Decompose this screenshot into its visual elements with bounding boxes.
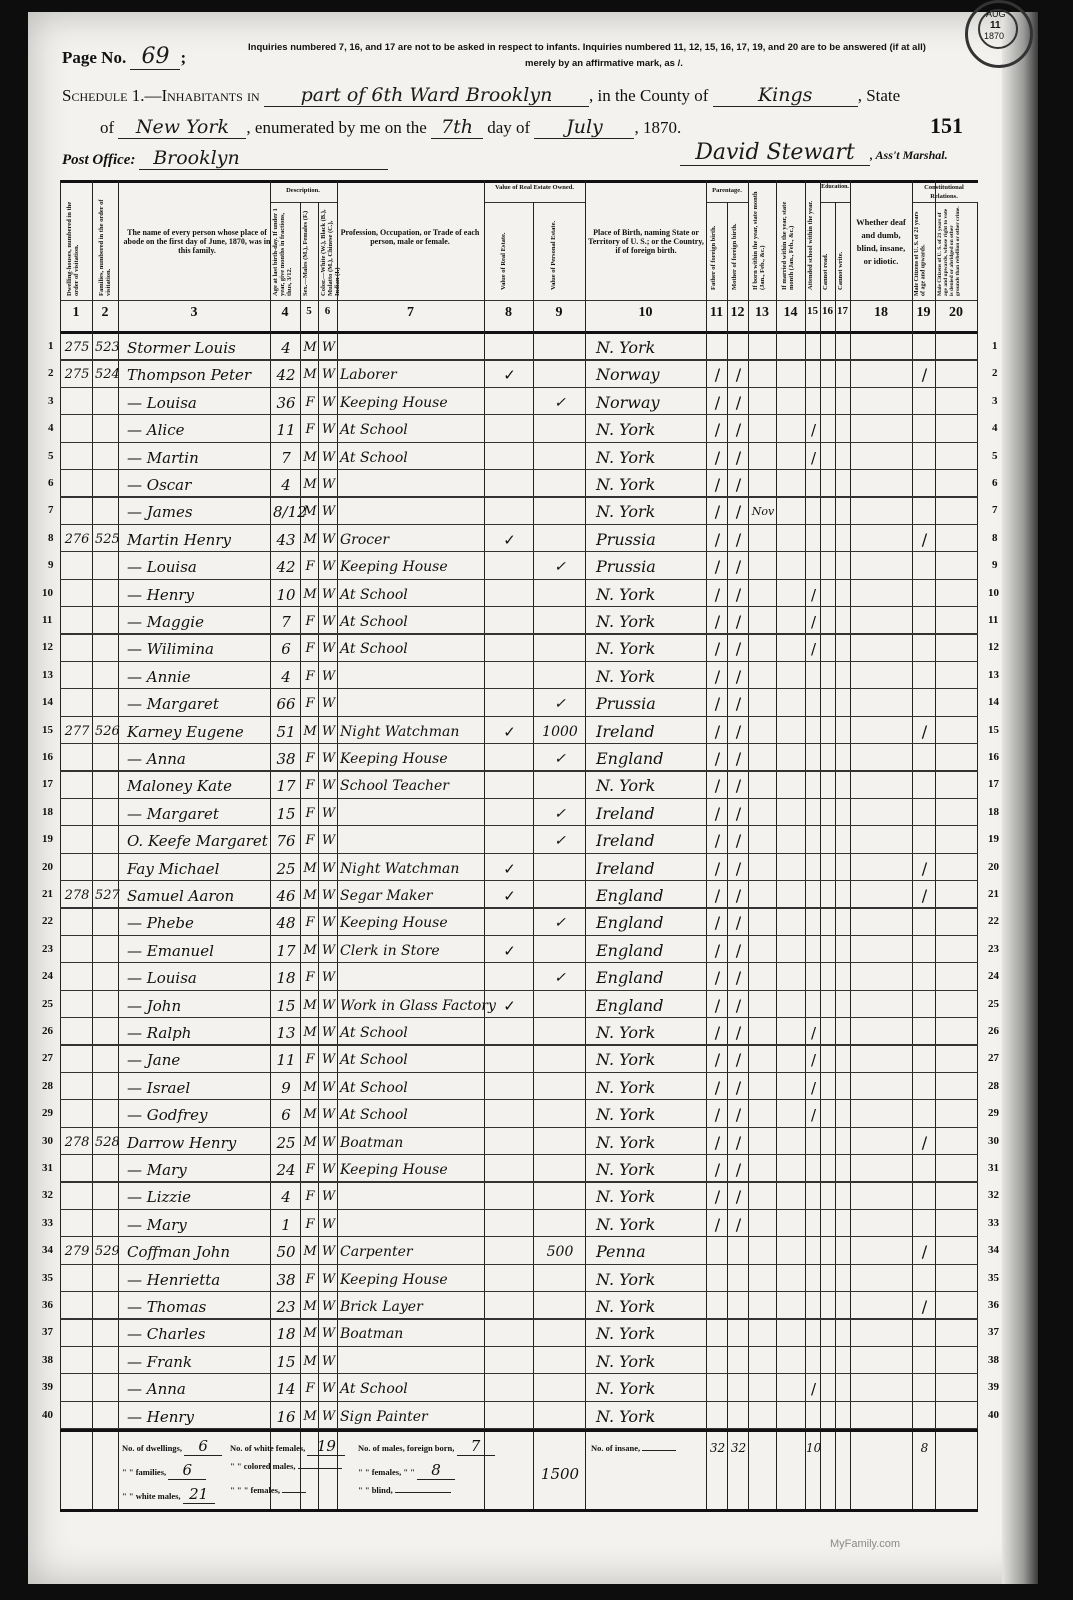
sex: F — [303, 744, 317, 771]
mother-foreign-mark — [730, 1292, 747, 1319]
color: W — [321, 991, 336, 1018]
color: W — [321, 936, 336, 963]
column-number: 8 — [484, 305, 533, 321]
totals-value: 6 — [184, 1437, 222, 1456]
birthplace: N. York — [588, 1292, 713, 1319]
color: W — [321, 908, 336, 935]
occupation: Boatman — [340, 1319, 483, 1346]
table-row: — Jane11FWAt SchoolN. York/// — [60, 1045, 978, 1072]
personal-estate-value: ✓ — [536, 963, 584, 990]
father-foreign-mark: / — [709, 826, 726, 853]
personal-estate-value — [536, 443, 584, 470]
personal-estate-total: 1500 — [537, 1465, 583, 1483]
born-within-year-month — [751, 881, 775, 908]
attended-school-mark — [808, 333, 819, 360]
real-estate-value — [487, 552, 532, 579]
sex: F — [303, 826, 317, 853]
sex: M — [303, 1100, 317, 1127]
mother-foreign-mark: / — [730, 415, 747, 442]
dwelling-number — [63, 854, 91, 881]
dwelling-number — [63, 607, 91, 634]
line-number-right: 1 — [992, 340, 998, 352]
color: W — [321, 607, 336, 634]
father-foreign-mark: / — [709, 963, 726, 990]
family-number — [95, 1182, 117, 1209]
person-name: — Phebe — [121, 908, 275, 935]
dwelling-number — [63, 963, 91, 990]
line-number-left: 25 — [42, 998, 53, 1010]
sex: F — [303, 634, 317, 661]
personal-estate-value — [536, 607, 584, 634]
color: W — [321, 634, 336, 661]
personal-estate-value: ✓ — [536, 388, 584, 415]
line-number-left: 8 — [48, 532, 54, 544]
attended-school-mark — [808, 1265, 819, 1292]
born-within-year-month — [751, 1155, 775, 1182]
family-number — [95, 1018, 117, 1045]
real-estate-value: ✓ — [487, 936, 532, 963]
age: 18 — [273, 1319, 299, 1346]
person-name: — Charles — [121, 1319, 275, 1346]
group-underline — [270, 202, 337, 203]
born-within-year-month — [751, 1374, 775, 1401]
sex: F — [303, 799, 317, 826]
male-citizen-mark — [915, 689, 934, 716]
mother-foreign-mark — [730, 1347, 747, 1374]
line-number-left: 11 — [42, 614, 52, 626]
line-number-right: 29 — [988, 1107, 999, 1119]
year-label: , 1870. — [634, 118, 681, 137]
sex: M — [303, 333, 317, 360]
occupation: Grocer — [340, 525, 483, 552]
born-within-year-month — [751, 799, 775, 826]
column-total: 32 — [707, 1433, 728, 1460]
line-number-left: 1 — [48, 340, 54, 352]
line-number-right: 15 — [988, 724, 999, 736]
line-number-left: 14 — [42, 696, 53, 708]
marshal-line: David Stewart, Ass't Marshal. — [680, 140, 948, 166]
mother-foreign-mark: / — [730, 497, 747, 524]
color: W — [321, 826, 336, 853]
column-number: 2 — [92, 305, 118, 321]
father-foreign-mark: / — [709, 1100, 726, 1127]
personal-estate-total-value: 1500 — [537, 1465, 583, 1483]
family-number — [95, 689, 117, 716]
dwelling-number — [63, 1265, 91, 1292]
mother-foreign-mark: / — [730, 607, 747, 634]
column-number: 16 — [820, 305, 835, 317]
column-number: 1 — [60, 305, 92, 321]
birthplace: Prussia — [588, 689, 713, 716]
age: 36 — [273, 388, 299, 415]
birthplace: N. York — [588, 415, 713, 442]
table-row: — Henry16MWSign PainterN. York — [60, 1402, 978, 1429]
attended-school-mark: / — [808, 580, 819, 607]
real-estate-value — [487, 1292, 532, 1319]
line-number-right: 23 — [988, 943, 999, 955]
birthplace: Ireland — [588, 799, 713, 826]
color: W — [321, 497, 336, 524]
age: 11 — [273, 1045, 299, 1072]
mother-foreign-mark — [730, 333, 747, 360]
birthplace: N. York — [588, 634, 713, 661]
line-number-left: 19 — [42, 833, 53, 845]
male-citizen-mark — [915, 662, 934, 689]
age: 16 — [273, 1402, 299, 1429]
birthplace: Prussia — [588, 552, 713, 579]
dwelling-number — [63, 799, 91, 826]
male-citizen-mark — [915, 443, 934, 470]
post-office-line: Post Office: Brooklyn — [62, 147, 388, 170]
table-row: — Mary24FWKeeping HouseN. York// — [60, 1155, 978, 1182]
family-number — [95, 1155, 117, 1182]
father-foreign-mark: / — [709, 580, 726, 607]
family-number — [95, 580, 117, 607]
line-number-right: 7 — [992, 504, 998, 516]
male-citizen-mark — [915, 388, 934, 415]
birthplace: N. York — [588, 1045, 713, 1072]
line-number-left: 29 — [42, 1107, 53, 1119]
table-row: 275524Thompson Peter42MWLaborer✓Norway//… — [60, 360, 978, 387]
occupation — [340, 963, 483, 990]
sex: M — [303, 1128, 317, 1155]
attended-school-mark — [808, 662, 819, 689]
family-number — [95, 744, 117, 771]
male-citizen-mark: / — [915, 881, 934, 908]
column-number: 11 — [706, 305, 727, 321]
color: W — [321, 525, 336, 552]
line-number-left: 5 — [48, 450, 54, 462]
real-estate-value — [487, 333, 532, 360]
sex: M — [303, 991, 317, 1018]
col7-header: Profession, Occupation, or Trade of each… — [340, 228, 480, 246]
column-total: 10 — [806, 1433, 821, 1460]
born-within-year-month — [751, 1319, 775, 1346]
family-number — [95, 552, 117, 579]
attended-school-mark — [808, 991, 819, 1018]
mother-foreign-mark: / — [730, 1073, 747, 1100]
dwelling-number — [63, 1182, 91, 1209]
personal-estate-value — [536, 936, 584, 963]
mother-foreign-mark: / — [730, 1128, 747, 1155]
real-estate-value — [487, 1237, 532, 1264]
line-number-right: 8 — [992, 532, 998, 544]
age: 4 — [273, 1182, 299, 1209]
table-row: Fay Michael25MWNight Watchman✓Ireland/// — [60, 854, 978, 881]
attended-school-mark: / — [808, 607, 819, 634]
birthplace: N. York — [588, 470, 713, 497]
personal-estate-value — [536, 470, 584, 497]
color: W — [321, 1045, 336, 1072]
real-estate-value — [487, 744, 532, 771]
table-row: — Maggie7FWAt SchoolN. York/// — [60, 607, 978, 634]
real-estate-value — [487, 1347, 532, 1374]
family-number — [95, 1402, 117, 1429]
totals-label: No. of males, foreign born, — [358, 1443, 454, 1453]
male-citizen-mark — [915, 771, 934, 798]
totals-label: No. of dwellings, — [122, 1443, 182, 1453]
father-foreign-mark: / — [709, 388, 726, 415]
line-number-left: 6 — [48, 477, 54, 489]
birthplace: N. York — [588, 1265, 713, 1292]
occupation: At School — [340, 607, 483, 634]
sex: F — [303, 388, 317, 415]
color: W — [321, 443, 336, 470]
person-name: — Louisa — [121, 552, 275, 579]
person-name: — Mary — [121, 1210, 275, 1237]
dwelling-number — [63, 744, 91, 771]
mother-foreign-mark: / — [730, 771, 747, 798]
line-number-left: 3 — [48, 395, 54, 407]
mother-foreign-mark: / — [730, 580, 747, 607]
line-number-left: 18 — [42, 806, 53, 818]
sex: M — [303, 1237, 317, 1264]
totals-value: 6 — [168, 1461, 206, 1480]
male-citizen-mark — [915, 1045, 934, 1072]
dwelling-number: 278 — [63, 1128, 91, 1155]
line-number-left: 36 — [42, 1299, 53, 1311]
personal-estate-value — [536, 1347, 584, 1374]
real-estate-value — [487, 1128, 532, 1155]
family-number: 528 — [95, 1128, 117, 1155]
inquiry-note-2: merely by an affirmative mark, as /. — [525, 58, 683, 69]
sex: M — [303, 1319, 317, 1346]
line-number-right: 5 — [992, 450, 998, 462]
person-name: — Annie — [121, 662, 275, 689]
birthplace: England — [588, 963, 713, 990]
born-within-year-month — [751, 1073, 775, 1100]
male-citizen-mark — [915, 607, 934, 634]
age: 51 — [273, 717, 299, 744]
line-number-right: 36 — [988, 1299, 999, 1311]
attended-school-mark — [808, 1319, 819, 1346]
dwelling-number — [63, 662, 91, 689]
male-citizen-mark — [915, 991, 934, 1018]
line-number-left: 39 — [42, 1381, 53, 1393]
father-foreign-mark: / — [709, 470, 726, 497]
personal-estate-value — [536, 1265, 584, 1292]
father-foreign-mark: / — [709, 936, 726, 963]
age: 23 — [273, 1292, 299, 1319]
family-number — [95, 388, 117, 415]
person-name: — Ralph — [121, 1018, 275, 1045]
male-citizen-mark — [915, 963, 934, 990]
father-foreign-mark: / — [709, 881, 726, 908]
father-foreign-mark: / — [709, 991, 726, 1018]
born-within-year-month — [751, 1128, 775, 1155]
personal-estate-value — [536, 634, 584, 661]
line-number-right: 24 — [988, 970, 999, 982]
col17-header: Cannot write. — [837, 220, 847, 290]
family-number: 527 — [95, 881, 117, 908]
male-citizen-mark — [915, 1319, 934, 1346]
totals-item: No. of dwellings, 6 — [122, 1437, 222, 1456]
attended-school-mark: / — [808, 1045, 819, 1072]
table-row: — Henrietta38FWKeeping HouseN. York — [60, 1265, 978, 1292]
personal-estate-value — [536, 360, 584, 387]
inhabitants-location: part of 6th Ward Brooklyn — [264, 84, 589, 107]
person-name: — Lizzie — [121, 1182, 275, 1209]
person-name: Fay Michael — [121, 854, 275, 881]
table-row: — Israel9MWAt SchoolN. York/// — [60, 1073, 978, 1100]
dwelling-number — [63, 1100, 91, 1127]
column-total: 32 — [728, 1433, 749, 1460]
line-number-left: 33 — [42, 1217, 53, 1229]
line-number-left: 30 — [42, 1135, 53, 1147]
born-within-year-month — [751, 607, 775, 634]
real-estate-value — [487, 771, 532, 798]
totals-item: No. of males, foreign born, 7 — [358, 1437, 495, 1456]
col11-header: Father of foreign birth. — [710, 210, 724, 290]
color: W — [321, 963, 336, 990]
family-number — [95, 1210, 117, 1237]
line-number-left: 23 — [42, 943, 53, 955]
birthplace: Norway — [588, 388, 713, 415]
line-number-right: 14 — [988, 696, 999, 708]
real-estate-value — [487, 580, 532, 607]
occupation — [340, 1210, 483, 1237]
age: 42 — [273, 552, 299, 579]
real-estate-value — [487, 908, 532, 935]
dwelling-number — [63, 1210, 91, 1237]
color: W — [321, 854, 336, 881]
line-number-right: 25 — [988, 998, 999, 1010]
line-number-right: 9 — [992, 559, 998, 571]
attended-school-mark — [808, 1292, 819, 1319]
occupation — [340, 1347, 483, 1374]
personal-estate-value: 1000 — [536, 717, 584, 744]
born-within-year-month — [751, 991, 775, 1018]
attended-school-mark — [808, 497, 819, 524]
occupation: At School — [340, 443, 483, 470]
father-foreign-mark: / — [709, 771, 726, 798]
birthplace: England — [588, 936, 713, 963]
person-name: — Louisa — [121, 963, 275, 990]
attended-school-mark — [808, 1402, 819, 1429]
born-within-year-month — [751, 333, 775, 360]
column-number: 14 — [776, 305, 805, 321]
col8-header: Value of Real Estate. — [500, 210, 514, 290]
person-name: — Margaret — [121, 799, 275, 826]
occupation: School Teacher — [340, 771, 483, 798]
totals-value: 7 — [457, 1437, 495, 1456]
personal-estate-value — [536, 1073, 584, 1100]
male-citizen-mark — [915, 415, 934, 442]
attended-school-mark — [808, 908, 819, 935]
color: W — [321, 1237, 336, 1264]
person-name: — Maggie — [121, 607, 275, 634]
real-estate-value — [487, 1018, 532, 1045]
line-number-right: 13 — [988, 669, 999, 681]
born-within-year-month — [751, 552, 775, 579]
occupation: Boatman — [340, 1128, 483, 1155]
father-foreign-mark: / — [709, 799, 726, 826]
family-number — [95, 963, 117, 990]
male-citizen-mark: / — [915, 854, 934, 881]
dwelling-number — [63, 991, 91, 1018]
family-number — [95, 1265, 117, 1292]
sex: M — [303, 717, 317, 744]
occupation — [340, 497, 483, 524]
sex: M — [303, 580, 317, 607]
person-name: Martin Henry — [121, 525, 275, 552]
totals-value: 21 — [183, 1485, 215, 1504]
attended-school-mark: / — [808, 443, 819, 470]
sex: M — [303, 1402, 317, 1429]
totals-label: " " blind, — [358, 1485, 393, 1495]
person-name: — Martin — [121, 443, 275, 470]
birthplace: N. York — [588, 497, 713, 524]
line-number-right: 22 — [988, 915, 999, 927]
table-row: — James8/12MWN. York//Nov — [60, 497, 978, 524]
age: 8/12 — [273, 497, 299, 524]
column-number: 10 — [585, 305, 706, 321]
totals-label: " " " females, — [230, 1485, 280, 1495]
personal-estate-value — [536, 497, 584, 524]
attended-school-mark — [808, 854, 819, 881]
personal-estate-value: ✓ — [536, 552, 584, 579]
table-row: — Martin7MWAt SchoolN. York/// — [60, 443, 978, 470]
birthplace: Ireland — [588, 854, 713, 881]
male-citizen-mark — [915, 580, 934, 607]
day-value: 7th — [431, 116, 483, 139]
dwelling-number — [63, 1374, 91, 1401]
born-within-year-month — [751, 1237, 775, 1264]
personal-estate-value: 500 — [536, 1237, 584, 1264]
column-number: 6 — [318, 305, 337, 317]
birthplace: England — [588, 881, 713, 908]
occupation: Keeping House — [340, 1155, 483, 1182]
personal-estate-value — [536, 854, 584, 881]
age: 43 — [273, 525, 299, 552]
person-name: — James — [121, 497, 275, 524]
male-citizen-mark — [915, 552, 934, 579]
father-foreign-mark: / — [709, 854, 726, 881]
born-within-year-month — [751, 415, 775, 442]
line-number-left: 21 — [42, 888, 53, 900]
father-foreign-mark: / — [709, 908, 726, 935]
age: 9 — [273, 1073, 299, 1100]
sex: F — [303, 689, 317, 716]
line-number-right: 11 — [988, 614, 998, 626]
birthplace: Ireland — [588, 717, 713, 744]
line-number-right: 30 — [988, 1135, 999, 1147]
line-number-right: 37 — [988, 1326, 999, 1338]
male-citizen-mark — [915, 1182, 934, 1209]
born-within-year-month — [751, 525, 775, 552]
age: 7 — [273, 607, 299, 634]
male-citizen-mark — [915, 826, 934, 853]
color: W — [321, 470, 336, 497]
dwelling-number — [63, 1292, 91, 1319]
birthplace: N. York — [588, 1374, 713, 1401]
line-number-left: 10 — [42, 587, 53, 599]
birthplace: N. York — [588, 1128, 713, 1155]
dwelling-number — [63, 1319, 91, 1346]
dwelling-number — [63, 689, 91, 716]
born-within-year-month — [751, 1292, 775, 1319]
dwelling-number — [63, 936, 91, 963]
marshal-label: , Ass't Marshal. — [870, 148, 948, 162]
male-citizen-mark — [915, 1100, 934, 1127]
totals-value: 8 — [417, 1461, 455, 1480]
birthplace: N. York — [588, 1073, 713, 1100]
family-number — [95, 1073, 117, 1100]
father-foreign-mark — [709, 1292, 726, 1319]
family-number — [95, 1319, 117, 1346]
color: W — [321, 1265, 336, 1292]
birthplace: Prussia — [588, 525, 713, 552]
